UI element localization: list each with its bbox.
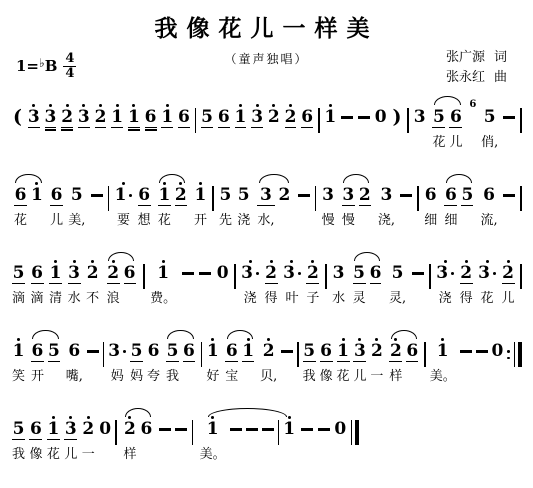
note-digit: 6 <box>469 99 476 110</box>
credits: 张广源词 张永红曲 <box>446 48 507 88</box>
barline-mark <box>234 264 236 289</box>
digit: 6 <box>445 186 457 204</box>
note-digit: 3 <box>333 264 345 282</box>
lyric: 花 <box>432 135 445 151</box>
note: 2浪 <box>107 257 120 307</box>
lyric: 费。 <box>150 291 176 307</box>
note-digit: 2 <box>285 108 297 126</box>
beam-underlines <box>115 204 133 211</box>
note-digit: 2 <box>87 264 99 282</box>
dash-bar <box>159 428 171 431</box>
beam-underlines <box>432 126 445 133</box>
barline <box>195 101 197 151</box>
beam-underlines <box>332 282 345 289</box>
beam-underlines <box>29 438 42 445</box>
digit: 6 <box>138 186 150 204</box>
note-digit: 3 <box>260 186 272 204</box>
note-digit: 5 <box>48 342 60 360</box>
beam-underlines <box>251 126 263 133</box>
note: 1 <box>111 101 123 151</box>
note: 3 <box>78 101 90 151</box>
note-digit: 6 <box>68 342 80 360</box>
digit: 3 <box>78 108 90 126</box>
barline <box>192 413 194 463</box>
lyric: 美, <box>68 213 85 229</box>
beam-underline <box>107 283 120 284</box>
dash-row <box>400 186 412 204</box>
beam-underlines <box>225 360 238 367</box>
lyric: 妈 <box>111 369 124 385</box>
lyricist-role: 词 <box>494 50 507 65</box>
beam-underline <box>178 127 190 128</box>
score: (3323211616561322610)35花6儿65俏,6花16儿5美,1要… <box>12 92 522 482</box>
dash <box>246 413 258 463</box>
beam-underline <box>12 439 25 440</box>
note-digit: 1 <box>207 420 219 438</box>
lyric: 灵 <box>353 291 366 307</box>
lyric: 好 <box>206 369 219 385</box>
note: 6 <box>183 335 195 385</box>
beam-underlines <box>389 360 402 367</box>
dash-row <box>318 420 330 438</box>
dash-bar <box>460 350 472 353</box>
barline <box>318 101 320 151</box>
note: 3叶 <box>283 257 301 307</box>
note-digit: 2 <box>307 264 319 282</box>
final-barline <box>351 413 359 463</box>
digit: 3 <box>414 108 426 126</box>
beam-underlines <box>12 282 25 289</box>
note: 0 <box>375 101 387 151</box>
spacer <box>358 126 370 133</box>
digit: 2 <box>265 264 277 282</box>
digit: 1 <box>207 342 219 360</box>
beam-underlines <box>48 360 60 367</box>
note-digit: 6 <box>301 108 313 126</box>
spacer <box>341 126 353 133</box>
note: 1 <box>161 101 173 151</box>
digit: 3 <box>354 342 366 360</box>
barline-mark <box>429 264 431 289</box>
dash <box>199 257 211 307</box>
note: 3花 <box>478 257 496 307</box>
note-digit: 3 <box>478 264 496 282</box>
digit: 5 <box>131 342 143 360</box>
beam-underlines <box>424 204 437 211</box>
digit: 2 <box>279 186 291 204</box>
lyric: 样 <box>123 447 136 463</box>
note-digit: 3 <box>354 342 366 360</box>
slur-group: 5灵6 <box>351 257 384 307</box>
slur-group: 6宝1 <box>223 335 256 385</box>
beam-underline <box>406 361 418 362</box>
beam-underline <box>95 127 107 128</box>
barline-zone <box>115 420 117 445</box>
note-digit: 3 <box>65 420 77 438</box>
barline-mark <box>212 186 214 211</box>
lyric: 子 <box>306 291 319 307</box>
barline <box>115 413 117 463</box>
dash <box>460 335 472 385</box>
beam-underlines <box>279 204 291 211</box>
music-line-2: 6花16儿5美,1要6想1花21开5先5浇3水,23慢3慢23浇,6细6细56流… <box>12 170 522 229</box>
barline-mark <box>520 186 522 211</box>
dash-row <box>182 264 194 282</box>
barline-zone <box>234 264 236 289</box>
note: 1美。 <box>200 413 226 463</box>
beam-underlines <box>95 126 107 133</box>
note: 1美。 <box>430 335 456 385</box>
lyric: 细 <box>444 213 457 229</box>
dash-bar <box>262 428 274 431</box>
digit: 6 <box>450 108 462 126</box>
lyric: 要 <box>117 213 130 229</box>
beam-underline <box>285 127 297 128</box>
beam-underlines <box>460 282 473 289</box>
dash <box>358 101 370 151</box>
note-digit: 0 <box>217 264 229 282</box>
digit: 3 <box>241 264 253 282</box>
digit: 2 <box>175 186 187 204</box>
lyric: 想 <box>138 213 151 229</box>
digit: 6 <box>148 342 160 360</box>
note: 1 <box>31 179 43 229</box>
note-digit: 1 <box>207 342 219 360</box>
barline-zone <box>192 420 194 445</box>
beam-underlines <box>353 360 366 367</box>
note: 1 <box>324 101 336 151</box>
digit: 5 <box>303 342 315 360</box>
music-line-1: (3323211616561322610)35花6儿65俏, <box>12 92 522 151</box>
key-tonic: B <box>45 57 58 75</box>
beam-underline <box>461 205 473 206</box>
beam-underlines <box>481 204 498 211</box>
barline-zone <box>325 264 327 289</box>
beam-underline <box>359 205 371 206</box>
lyric: 细 <box>424 213 437 229</box>
barline-mark <box>103 342 105 367</box>
note: 2一 <box>370 335 383 385</box>
beam-underline <box>128 129 140 130</box>
lyric: 笑 <box>12 369 25 385</box>
beam-underline <box>460 283 473 284</box>
note-digit: 5 <box>392 264 404 282</box>
note-digit: 5 <box>484 108 496 126</box>
repeat-dot <box>507 357 510 360</box>
beam-underlines <box>66 360 83 367</box>
beam-underlines <box>49 282 62 289</box>
note-digit: 3 <box>45 108 57 126</box>
note: 5 <box>48 335 60 385</box>
beam-underlines <box>414 126 426 133</box>
dash <box>298 179 310 229</box>
beam-underlines <box>61 126 73 133</box>
note-digit: 3 <box>241 264 259 282</box>
paren-row: ( <box>13 108 22 126</box>
lyric: 儿 <box>449 135 462 151</box>
digit: 3 <box>478 264 490 282</box>
note-digit: 1 <box>50 264 62 282</box>
spacer <box>460 360 472 367</box>
note-digit: 2 <box>279 186 291 204</box>
beam-underlines <box>265 282 278 289</box>
spacer <box>262 438 274 445</box>
beam-underlines <box>478 282 496 289</box>
note-digit: 1 <box>235 108 247 126</box>
beam-underlines <box>353 282 366 289</box>
dash-row <box>281 342 293 360</box>
note: 6嘴, <box>66 335 83 385</box>
beam-underlines <box>158 204 171 211</box>
note: 6细 <box>444 179 457 229</box>
dash <box>175 413 187 463</box>
note: 6 <box>301 101 313 151</box>
beam-underline <box>337 361 350 362</box>
note: 2 <box>359 179 371 229</box>
beam-underline <box>251 127 263 128</box>
note: 5灵 <box>353 257 366 307</box>
digit: 0 <box>375 108 387 126</box>
beam-underlines <box>370 360 383 367</box>
note-digit: 5 <box>353 264 365 282</box>
note: 2不 <box>86 257 99 307</box>
dash <box>182 257 194 307</box>
note-digit: 6 <box>30 420 42 438</box>
digit: 6 <box>32 342 44 360</box>
digit: 5 <box>201 108 213 126</box>
digit: 3 <box>65 420 77 438</box>
note-digit: 5 <box>461 186 473 204</box>
spacer <box>301 438 313 445</box>
dash-bar <box>476 350 488 353</box>
spacer <box>182 282 194 289</box>
lyric: 慢 <box>322 213 335 229</box>
beam-underline <box>111 127 123 128</box>
digit: 1 <box>337 342 349 360</box>
digit: 6 <box>226 342 238 360</box>
barline-zone <box>201 342 203 367</box>
note-digit: 0 <box>492 342 504 360</box>
beam-underlines <box>28 126 40 133</box>
augmentation-dot <box>493 272 496 275</box>
digit: 2 <box>61 108 73 126</box>
beam-underlines <box>12 360 25 367</box>
note-digit: 5 <box>201 108 213 126</box>
note: 1费。 <box>150 257 176 307</box>
note-digit: 2 <box>175 186 187 204</box>
dash-row <box>87 342 99 360</box>
note: 6滴 <box>31 257 44 307</box>
digit: 1 <box>161 108 173 126</box>
beam-underlines <box>145 126 157 133</box>
beam-underlines <box>449 126 462 133</box>
note: 6宝 <box>225 335 238 385</box>
barline-mark <box>417 186 419 211</box>
note-digit: 6 <box>183 342 195 360</box>
note-digit: 6 <box>178 108 190 126</box>
beam-underlines <box>150 282 176 289</box>
note-digit: 6 <box>148 342 160 360</box>
dash <box>87 335 99 385</box>
beam-underlines <box>14 204 27 211</box>
beam-underlines <box>64 438 77 445</box>
composer-name: 张永红 <box>446 70 485 85</box>
note-digit: 1 <box>337 342 349 360</box>
grace-note: 6 <box>469 92 476 132</box>
note-digit: 6 <box>406 342 418 360</box>
lyric: 流, <box>481 213 498 229</box>
dash-bar <box>503 194 515 197</box>
lyric: 儿 <box>50 213 63 229</box>
spacer <box>159 438 171 445</box>
note-digit: 2 <box>82 420 94 438</box>
note-digit: 1 <box>283 420 295 438</box>
paren-row: ) <box>392 108 401 126</box>
key-prefix: 1= <box>16 57 39 75</box>
dash <box>262 413 274 463</box>
lyric: 清 <box>49 291 62 307</box>
note-digit: 5 <box>131 342 143 360</box>
digit: 6 <box>483 186 495 204</box>
lyric: 我 <box>303 369 316 385</box>
note-digit: 6 <box>124 264 136 282</box>
beam-underlines <box>303 360 316 367</box>
note: 1好 <box>206 335 219 385</box>
note: 3 <box>251 101 263 151</box>
barline-zone <box>318 108 320 133</box>
note-digit: 2 <box>502 264 514 282</box>
note-digit: 6 <box>138 186 150 204</box>
digit: 5 <box>238 186 250 204</box>
barline-zone <box>520 186 522 211</box>
note: 3 <box>28 101 40 151</box>
lyric: 慢 <box>342 213 355 229</box>
beam-underlines <box>217 282 229 289</box>
beam-underlines <box>31 282 44 289</box>
slur-group: 1花2 <box>156 179 189 229</box>
note-digit: 6 <box>140 420 152 438</box>
digit: 6 <box>140 420 152 438</box>
barline-zone <box>417 186 419 211</box>
lyric: 样 <box>389 369 402 385</box>
beam-underline <box>68 283 81 284</box>
digit: 5 <box>71 186 83 204</box>
lyric: 嘴, <box>66 369 83 385</box>
barline-zone <box>108 186 110 211</box>
note: 6 <box>370 257 382 307</box>
note-digit: 5 <box>220 186 232 204</box>
note: 5 <box>201 101 213 151</box>
lyric: 夸 <box>147 369 160 385</box>
dash-row <box>262 420 274 438</box>
dash-row <box>460 342 472 360</box>
dash-row <box>358 108 370 126</box>
note-digit: 0 <box>99 420 111 438</box>
note-digit: 6 <box>483 186 495 204</box>
barline <box>520 179 522 229</box>
lyric: 浇 <box>244 291 257 307</box>
slur-group: 6开5 <box>29 335 62 385</box>
open-paren: ( <box>12 101 23 151</box>
note: 2样 <box>389 335 402 385</box>
beam-underlines <box>107 282 120 289</box>
digit: 3 <box>45 108 57 126</box>
beam-underline <box>64 439 77 440</box>
note-digit: 2 <box>460 264 472 282</box>
note: 5妈 <box>130 335 143 385</box>
note: 6 <box>145 101 157 151</box>
note: 6想 <box>138 179 151 229</box>
note: 2贝, <box>260 335 277 385</box>
beam-underlines <box>138 204 151 211</box>
beam-underline <box>320 361 333 362</box>
beam-underlines <box>166 360 179 367</box>
beam-underline <box>449 127 462 128</box>
barline-zone <box>315 186 317 211</box>
beam-underlines <box>370 282 382 289</box>
note: 0 <box>217 257 229 307</box>
digit: 2 <box>307 264 319 282</box>
digit: 2 <box>263 342 275 360</box>
note: 6 <box>140 413 152 463</box>
beam-underlines <box>285 126 297 133</box>
lyric: 得 <box>460 291 473 307</box>
close-paren: ) <box>391 101 402 151</box>
digit: 5 <box>13 420 25 438</box>
spacer <box>412 282 424 289</box>
dash-bar <box>91 194 103 197</box>
digit: 2 <box>460 264 472 282</box>
beam-underlines <box>342 204 355 211</box>
lyric: 像 <box>29 447 42 463</box>
meter-denominator: 4 <box>63 67 76 81</box>
note: 3浇, <box>378 179 395 229</box>
beam-underline <box>225 361 238 362</box>
dash-row <box>246 420 258 438</box>
spacer <box>87 360 99 367</box>
spacer <box>175 438 187 445</box>
note: 2儿 <box>502 257 515 307</box>
beam-underline <box>12 283 25 284</box>
lyric: 我 <box>166 369 179 385</box>
digit: 6 <box>68 342 80 360</box>
note: 1 <box>283 413 295 463</box>
beam-underline <box>48 361 60 362</box>
beam-underline <box>45 127 57 128</box>
barline <box>520 257 522 307</box>
digit: 5 <box>433 108 445 126</box>
lyric: 一 <box>370 369 383 385</box>
beam-underline <box>444 205 457 206</box>
beam-underline <box>138 205 151 206</box>
note-digit: 1 <box>158 186 170 204</box>
paren-glyph: ( <box>13 108 22 126</box>
beam-underlines <box>481 126 498 133</box>
dash-bar <box>87 350 99 353</box>
note-digit: 3 <box>436 264 454 282</box>
note-digit: 3 <box>322 186 334 204</box>
lyric: 花 <box>337 369 350 385</box>
augmentation-dot <box>123 350 126 353</box>
beam-underlines <box>218 126 230 133</box>
digit: 6 <box>30 420 42 438</box>
beam-underlines <box>306 282 319 289</box>
digit: 5 <box>461 186 473 204</box>
note: 3水 <box>68 257 81 307</box>
digit: 1 <box>50 264 62 282</box>
digit: 6 <box>425 186 437 204</box>
beam-underline <box>242 361 254 362</box>
